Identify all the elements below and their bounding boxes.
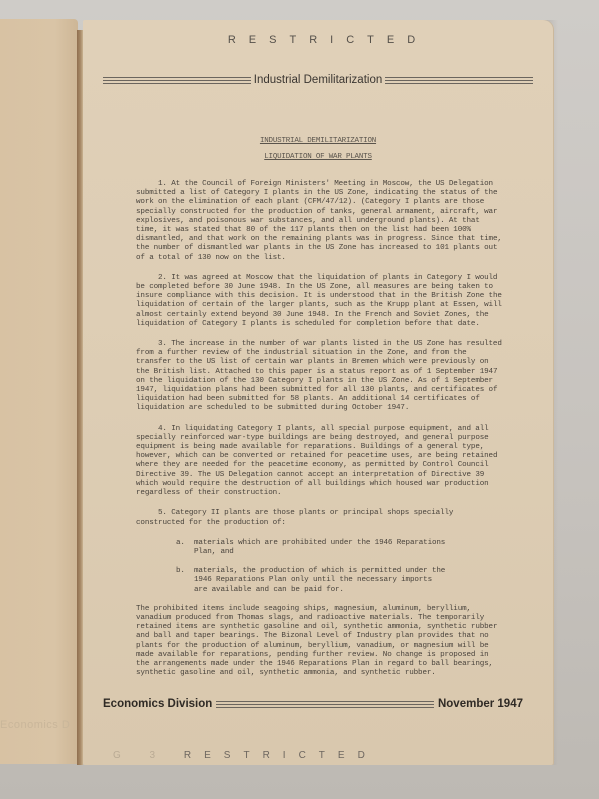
document-body: 1. At the Council of Foreign Ministers' … xyxy=(136,180,506,689)
closing-paragraph: The prohibited items include seagoing sh… xyxy=(136,605,506,679)
header-banner: Industrial Demilitarization xyxy=(103,72,533,88)
restricted-stamp-bottom-label: RESTRICTED xyxy=(184,750,378,761)
sub-item-letter: a. xyxy=(176,539,194,557)
restricted-stamp-top: RESTRICTED xyxy=(83,34,563,46)
restricted-stamp-bottom: G 3 RESTRICTED xyxy=(113,750,378,761)
facing-page: Economics D xyxy=(0,19,78,764)
footer-division: Economics Division xyxy=(103,698,216,710)
footer-banner: Economics Division November 1947 xyxy=(103,696,523,712)
footer-date: November 1947 xyxy=(434,698,523,710)
paragraph-2: 2. It was agreed at Moscow that the liqu… xyxy=(136,274,506,329)
sub-item-a: a. materials which are prohibited under … xyxy=(176,539,506,557)
header-title: Industrial Demilitarization xyxy=(251,74,385,86)
sub-item-b: b. materials, the production of which is… xyxy=(176,567,506,595)
sub-item-letter: b. xyxy=(176,567,194,595)
header-rule-left xyxy=(103,77,251,84)
document-subheading: LIQUIDATION OF WAR PLANTS xyxy=(83,153,553,161)
sub-item-text: materials, the production of which is pe… xyxy=(194,567,449,595)
document-page: RESTRICTED Industrial Demilitarization I… xyxy=(83,20,553,765)
sub-item-text: materials which are prohibited under the… xyxy=(194,539,449,557)
header-rule-right xyxy=(385,77,533,84)
paragraph-4: 4. In liquidating Category I plants, all… xyxy=(136,425,506,499)
document-heading: INDUSTRIAL DEMILITARIZATION xyxy=(83,137,553,145)
paragraph-1: 1. At the Council of Foreign Ministers' … xyxy=(136,180,506,263)
facing-page-faded-text: Economics D xyxy=(0,719,70,731)
paragraph-3: 3. The increase in the number of war pla… xyxy=(136,340,506,414)
footer-rule xyxy=(216,701,434,708)
show-through-text: G 3 xyxy=(113,750,168,761)
paragraph-5: 5. Category II plants are those plants o… xyxy=(136,509,506,527)
